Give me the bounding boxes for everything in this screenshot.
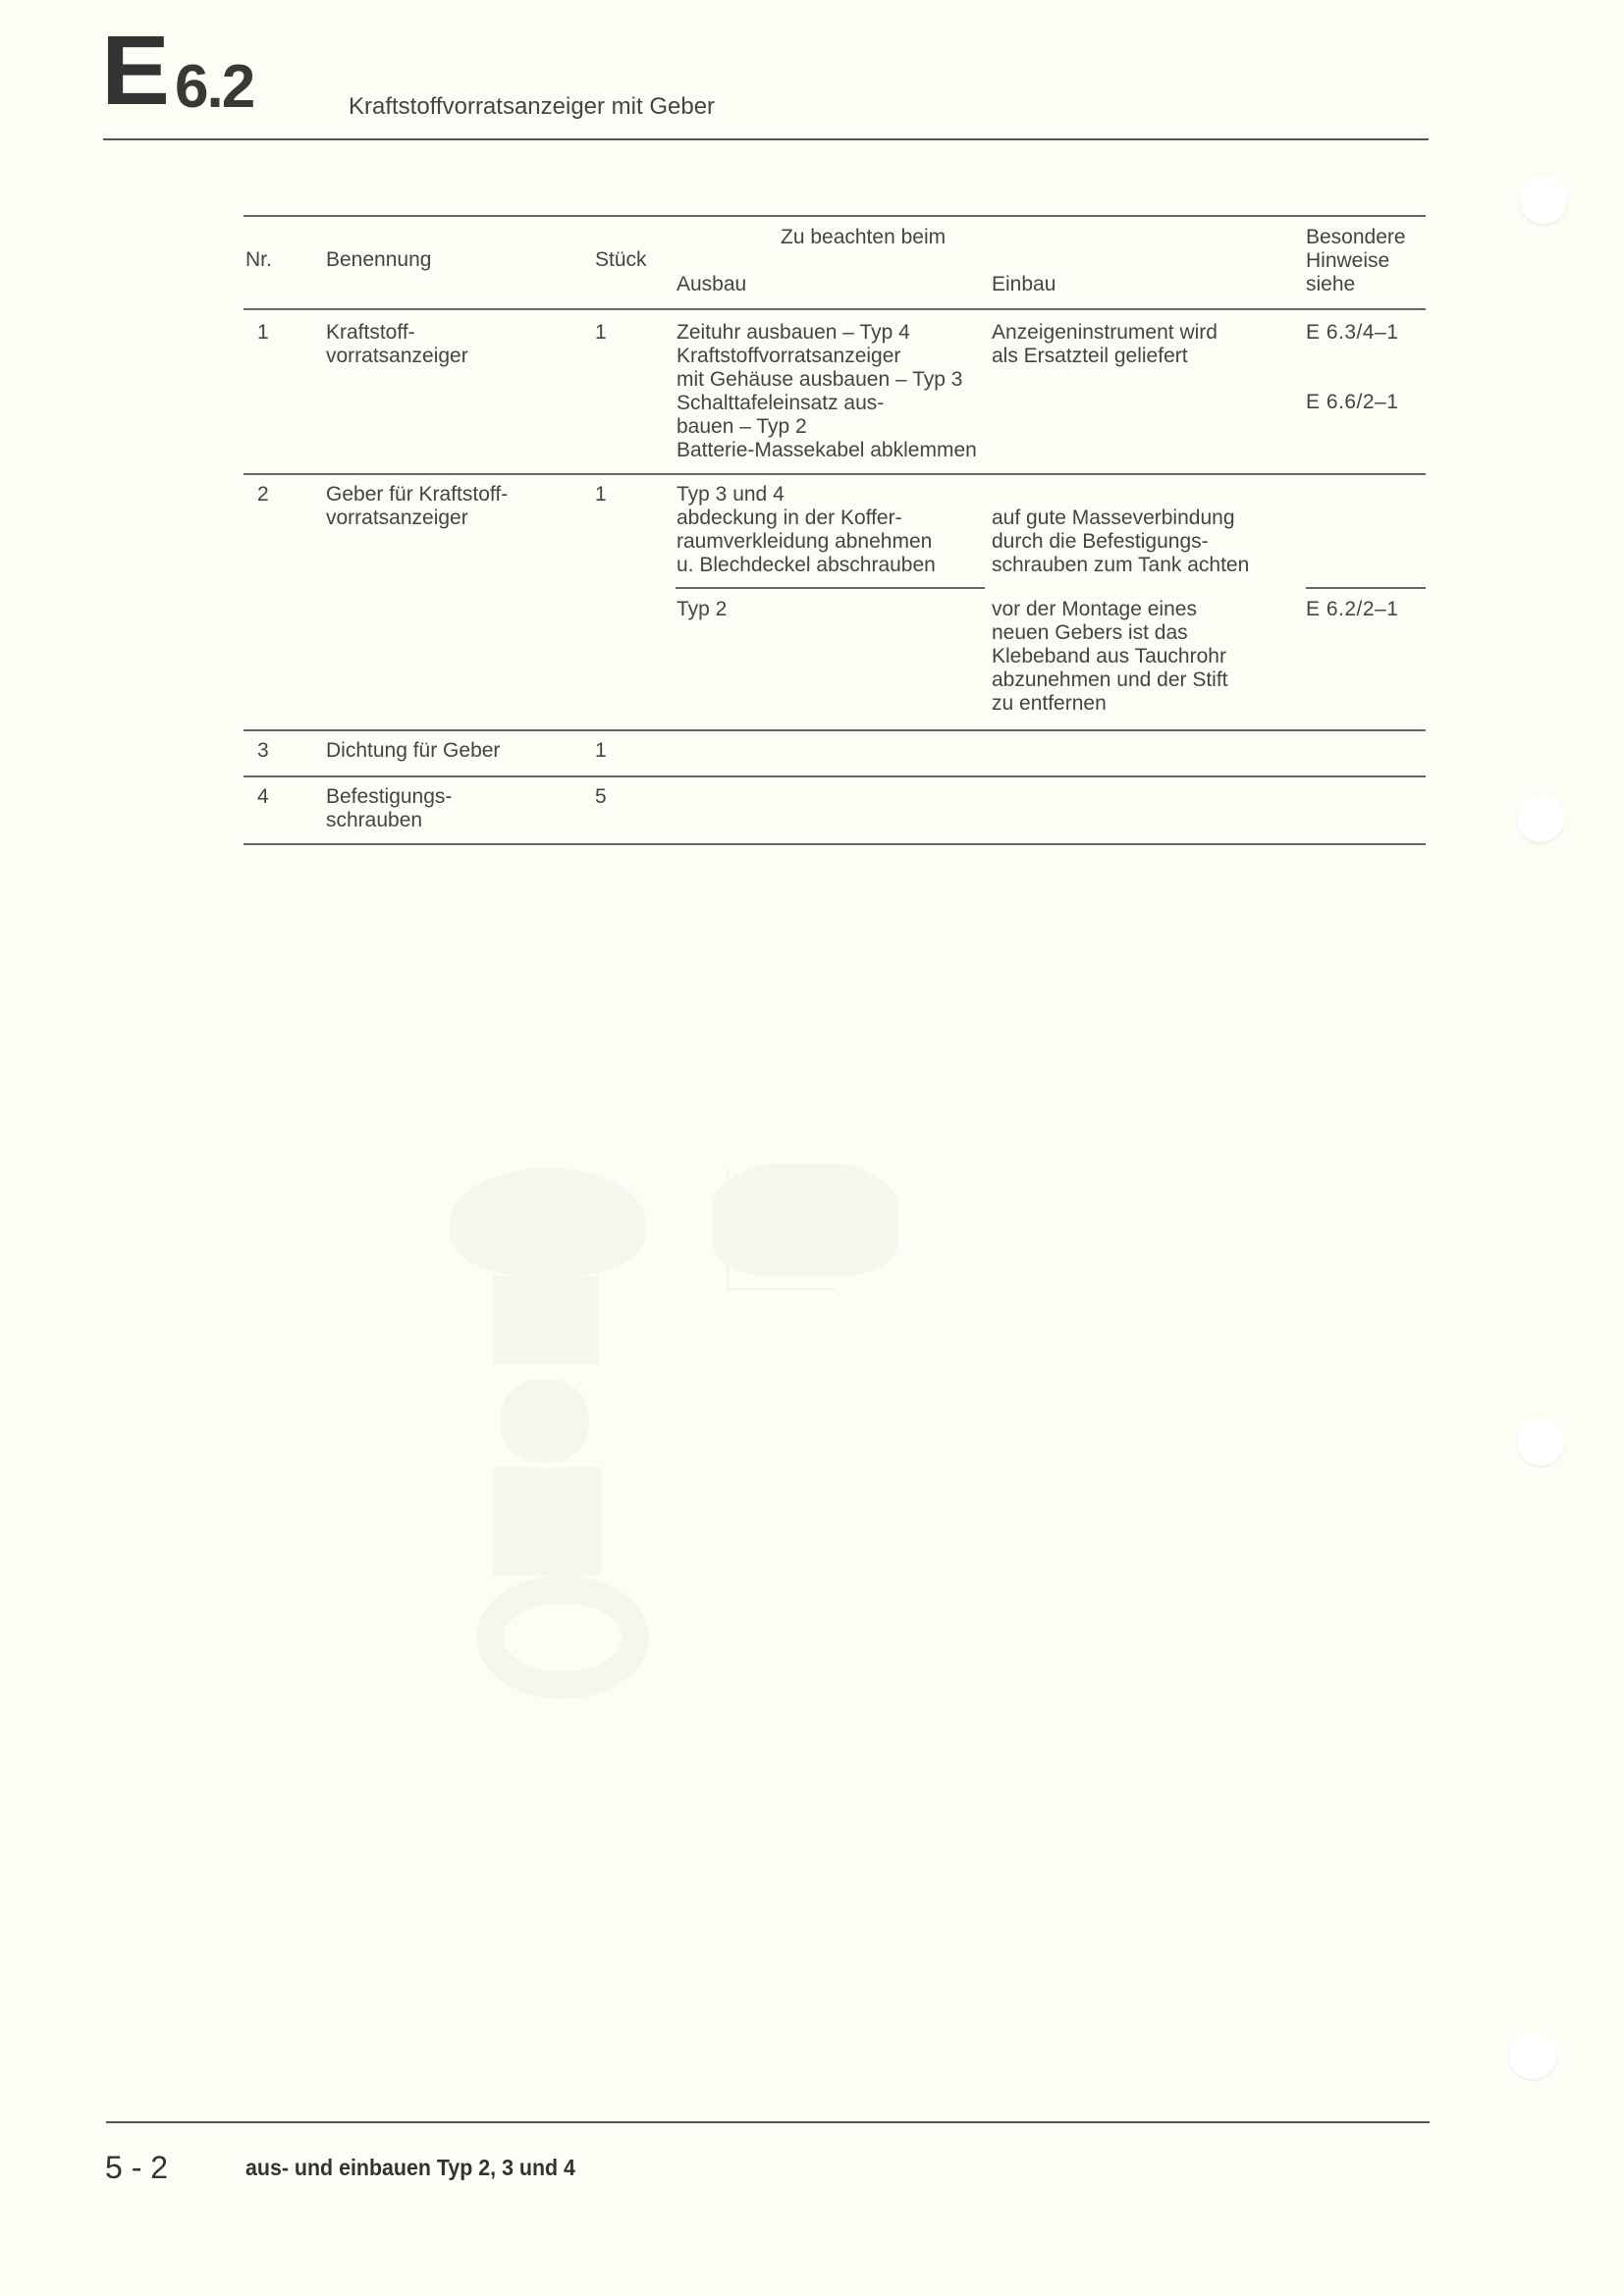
row-benennung: Kraftstoff- vorratsanzeiger — [326, 321, 468, 368]
row-nr: 4 — [257, 785, 269, 809]
row-einbau: auf gute Masseverbindung durch die Befes… — [992, 507, 1249, 577]
row-hinweis-ref: E 6.6/2–1 — [1306, 391, 1398, 414]
page-title: Kraftstoffvorratsanzeiger mit Geber — [349, 93, 715, 121]
row-ausbau: Typ 2 — [677, 598, 727, 621]
col-header-zu-beachten: Zu beachten beim — [781, 226, 946, 249]
row-hinweis-ref: E 6.3/4–1 — [1306, 321, 1398, 345]
table-top-rule — [244, 215, 1426, 217]
row-stueck: 1 — [595, 739, 607, 763]
col-header-einbau: Einbau — [992, 273, 1056, 296]
punch-hole — [1509, 2032, 1556, 2079]
header-rule — [103, 138, 1429, 140]
row-stueck: 5 — [595, 785, 607, 809]
row-einbau: vor der Montage eines neuen Gebers ist d… — [992, 598, 1228, 716]
section-number: 6.2 — [175, 57, 253, 118]
col-header-hinweise: Besondere Hinweise siehe — [1306, 226, 1406, 296]
col-header-stueck: Stück — [595, 248, 647, 272]
row-benennung: Dichtung für Geber — [326, 739, 500, 763]
header-bottom-rule — [244, 308, 1426, 310]
col-header-ausbau: Ausbau — [677, 273, 746, 296]
row-ausbau: Zeituhr ausbauen – Typ 4 Kraftstoffvorra… — [677, 321, 977, 462]
row-benennung: Geber für Kraftstoff- vorratsanzeiger — [326, 483, 508, 530]
row-divider — [244, 729, 1426, 731]
row-einbau: Anzeigeninstrument wird als Ersatzteil g… — [992, 321, 1218, 368]
row-nr: 2 — [257, 483, 269, 507]
footer-text: aus- und einbauen Typ 2, 3 und 4 — [245, 2155, 575, 2181]
section-letter: E — [101, 22, 168, 120]
col-header-nr: Nr. — [245, 248, 272, 272]
row-stueck: 1 — [595, 483, 607, 507]
col-header-benennung: Benennung — [326, 248, 431, 272]
row-stueck: 1 — [595, 321, 607, 345]
table-bottom-rule — [244, 843, 1426, 845]
sub-divider — [676, 587, 985, 589]
row-nr: 1 — [257, 321, 269, 345]
footer-rule — [106, 2121, 1430, 2123]
punch-hole — [1520, 177, 1567, 224]
row-divider — [244, 473, 1426, 475]
punch-hole — [1517, 1418, 1564, 1466]
row-hinweis-ref: E 6.2/2–1 — [1306, 598, 1398, 621]
row-divider — [244, 775, 1426, 777]
punch-hole — [1517, 795, 1564, 842]
sub-divider — [1306, 587, 1426, 589]
row-ausbau: Typ 3 und 4 abdeckung in der Koffer- rau… — [677, 483, 936, 577]
row-benennung: Befestigungs- schrauben — [326, 785, 452, 832]
row-nr: 3 — [257, 739, 269, 763]
page-number: 5 - 2 — [105, 2150, 168, 2186]
